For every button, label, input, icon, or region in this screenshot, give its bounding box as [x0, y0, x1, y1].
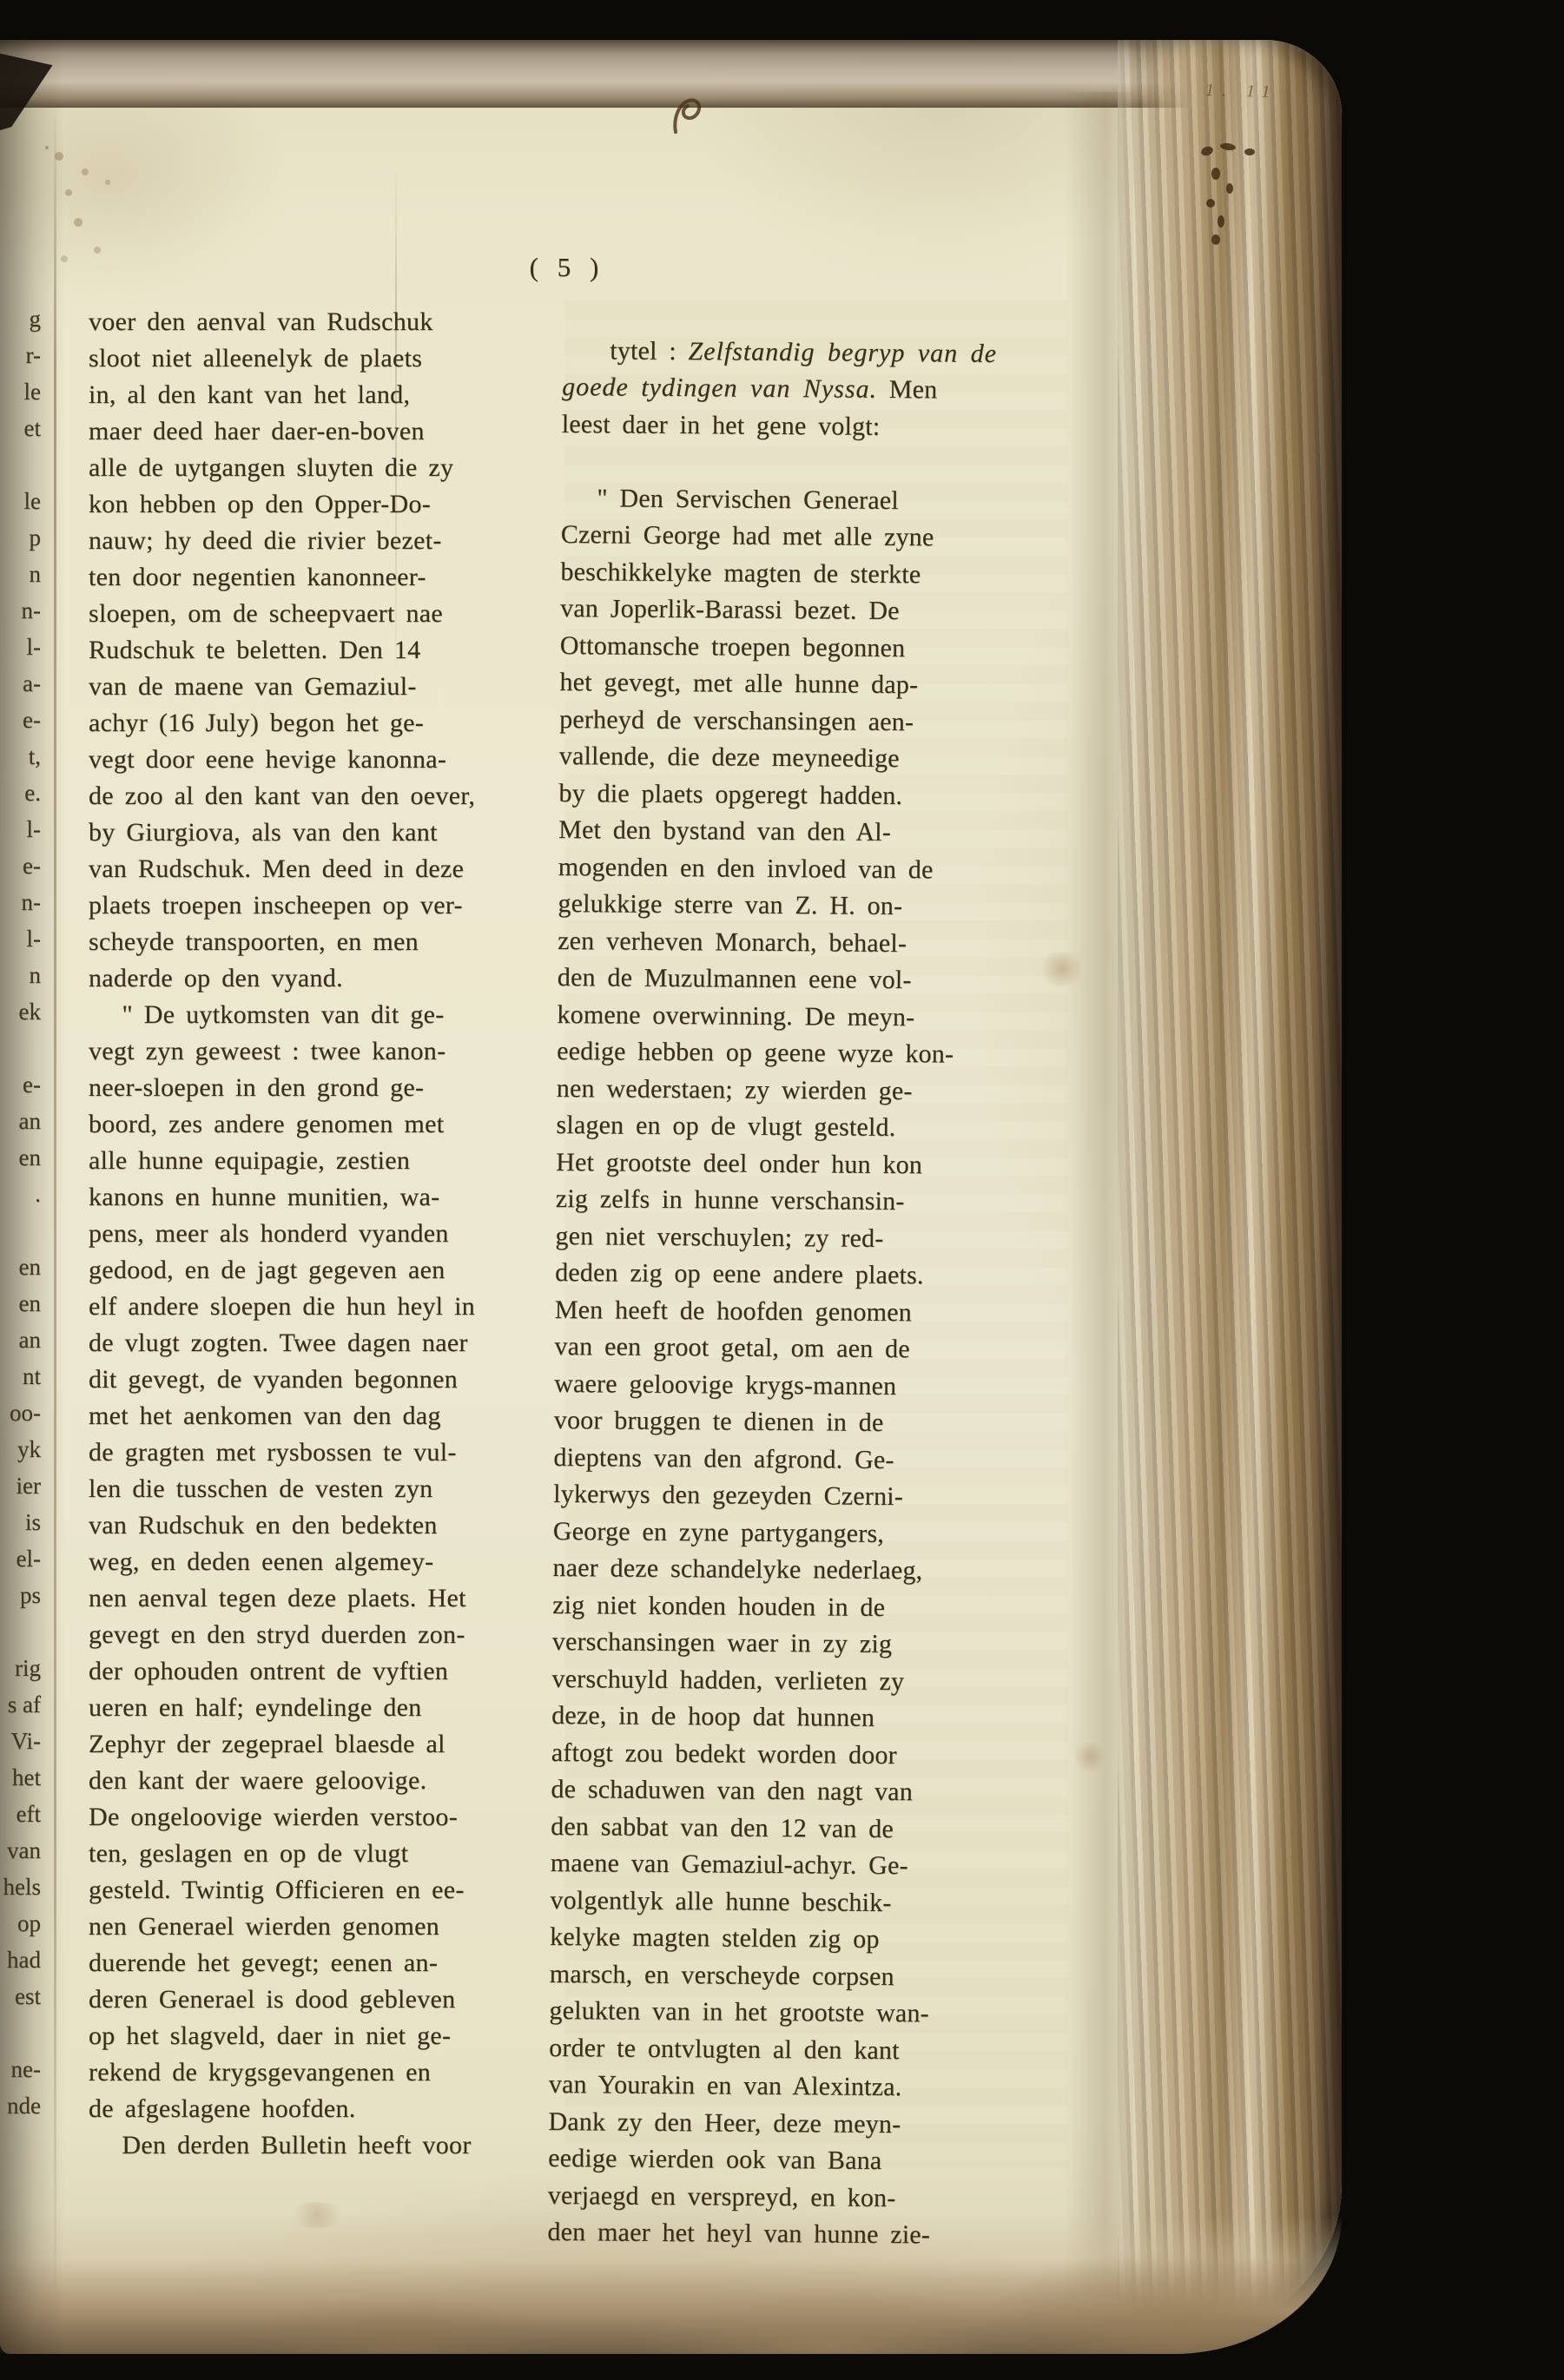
handwritten-note: 1. 11	[1205, 81, 1278, 102]
ink-scribble-blot	[1195, 141, 1273, 254]
text-column-right: tytel : Zelfstandig begryp van de goede …	[547, 295, 1084, 2329]
scan-photo: { "page": { "page_number": "( 5 )", "han…	[0, 0, 1564, 2380]
text-column-left: voer den aenval van Rudschuk sloot niet …	[89, 304, 562, 2164]
page-number: ( 5 )	[502, 252, 632, 283]
foxing-spot	[287, 2202, 347, 2228]
facing-page-line-fragments: g r- le et le p n n- l- a- e- t, e. l- e…	[0, 300, 41, 2124]
foxing-speckles	[45, 146, 49, 149]
page-right-deckle-edge	[1118, 40, 1342, 2354]
bulletin-body: " Den Servischen Generael Czerni George …	[547, 479, 1082, 2255]
bulletin-title-prefix: tytel :	[610, 336, 689, 366]
gutter-crease-line	[54, 101, 56, 2324]
book-page: 1. 11 ( 5 ) g r- le et le p n n- l- a- e…	[0, 40, 1342, 2354]
foxing-spot	[1072, 1742, 1107, 1771]
ink-flourish	[669, 92, 710, 139]
